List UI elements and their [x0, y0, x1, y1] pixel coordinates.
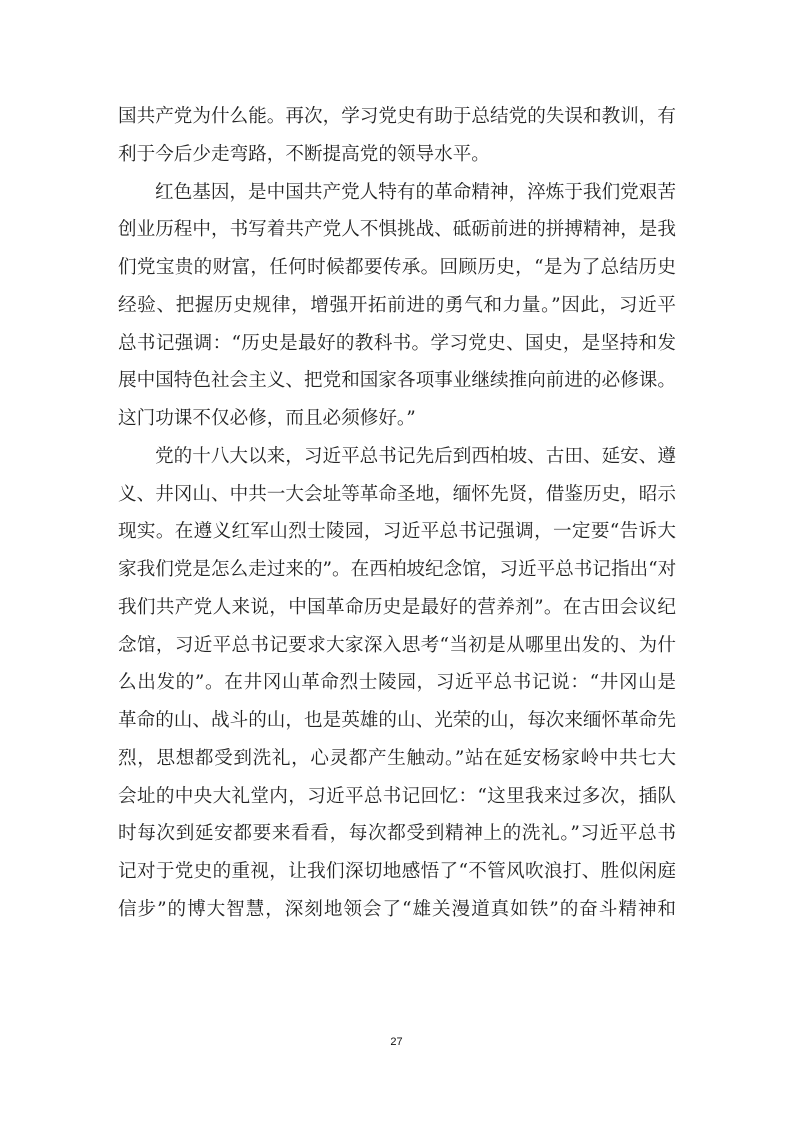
text-line: 总书记强调：“历史是最好的教科书。学习党史、国史，是坚持和发 — [118, 325, 676, 363]
text-line: 家我们党是怎么走过来的”。在西柏坡纪念馆，习近平总书记指出“对 — [118, 551, 676, 589]
text-line: 我们共产党人来说，中国革命历史是最好的营养剂”。在古田会议纪 — [118, 589, 676, 627]
text-line: 烈，思想都受到洗礼，心灵都产生触动。”站在延安杨家岭中共七大 — [118, 740, 676, 778]
page-number: 27 — [0, 1036, 793, 1048]
paragraph-3: 党的十八大以来，习近平总书记先后到西柏坡、古田、延安、遵 义、井冈山、中共一大会… — [118, 438, 676, 929]
text-line: 党的十八大以来，习近平总书记先后到西柏坡、古田、延安、遵 — [118, 438, 676, 476]
text-line: 利于今后少走弯路，不断提高党的领导水平。 — [118, 136, 676, 174]
body-text: 国共产党为什么能。再次，学习党史有助于总结党的失误和教训，有 利于今后少走弯路，… — [118, 98, 676, 929]
text-line: 时每次到延安都要来看看，每次都受到精神上的洗礼。”习近平总书 — [118, 815, 676, 853]
text-line: 现实。在遵义红军山烈士陵园，习近平总书记强调，一定要“告诉大 — [118, 513, 676, 551]
text-line: 经验、把握历史规律，增强开拓前进的勇气和力量。”因此，习近平 — [118, 287, 676, 325]
document-page: 国共产党为什么能。再次，学习党史有助于总结党的失误和教训，有 利于今后少走弯路，… — [0, 0, 793, 1122]
text-line: 展中国特色社会主义、把党和国家各项事业继续推向前进的必修课。 — [118, 362, 676, 400]
text-line: 创业历程中，书写着共产党人不惧挑战、砥砺前进的拼搏精神，是我 — [118, 211, 676, 249]
text-line: 信步”的博大智慧，深刻地领会了“雄关漫道真如铁”的奋斗精神和 — [118, 891, 676, 929]
paragraph-1: 国共产党为什么能。再次，学习党史有助于总结党的失误和教训，有 利于今后少走弯路，… — [118, 98, 676, 174]
text-line: 红色基因，是中国共产党人特有的革命精神，淬炼于我们党艰苦 — [118, 174, 676, 212]
text-line: 义、井冈山、中共一大会址等革命圣地，缅怀先贤，借鉴历史，昭示 — [118, 476, 676, 514]
text-line: 这门功课不仅必修，而且必须修好。” — [118, 400, 676, 438]
text-line: 会址的中央大礼堂内，习近平总书记回忆：“这里我来过多次，插队 — [118, 778, 676, 816]
text-line: 国共产党为什么能。再次，学习党史有助于总结党的失误和教训，有 — [118, 98, 676, 136]
text-line: 么出发的”。在井冈山革命烈士陵园，习近平总书记说：“井冈山是 — [118, 664, 676, 702]
text-line: 念馆，习近平总书记要求大家深入思考“当初是从哪里出发的、为什 — [118, 627, 676, 665]
text-line: 革命的山、战斗的山，也是英雄的山、光荣的山，每次来缅怀革命先 — [118, 702, 676, 740]
text-line: 们党宝贵的财富，任何时候都要传承。回顾历史，“是为了总结历史 — [118, 249, 676, 287]
text-line: 记对于党史的重视，让我们深切地感悟了“不管风吹浪打、胜似闲庭 — [118, 853, 676, 891]
paragraph-2: 红色基因，是中国共产党人特有的革命精神，淬炼于我们党艰苦 创业历程中，书写着共产… — [118, 174, 676, 438]
